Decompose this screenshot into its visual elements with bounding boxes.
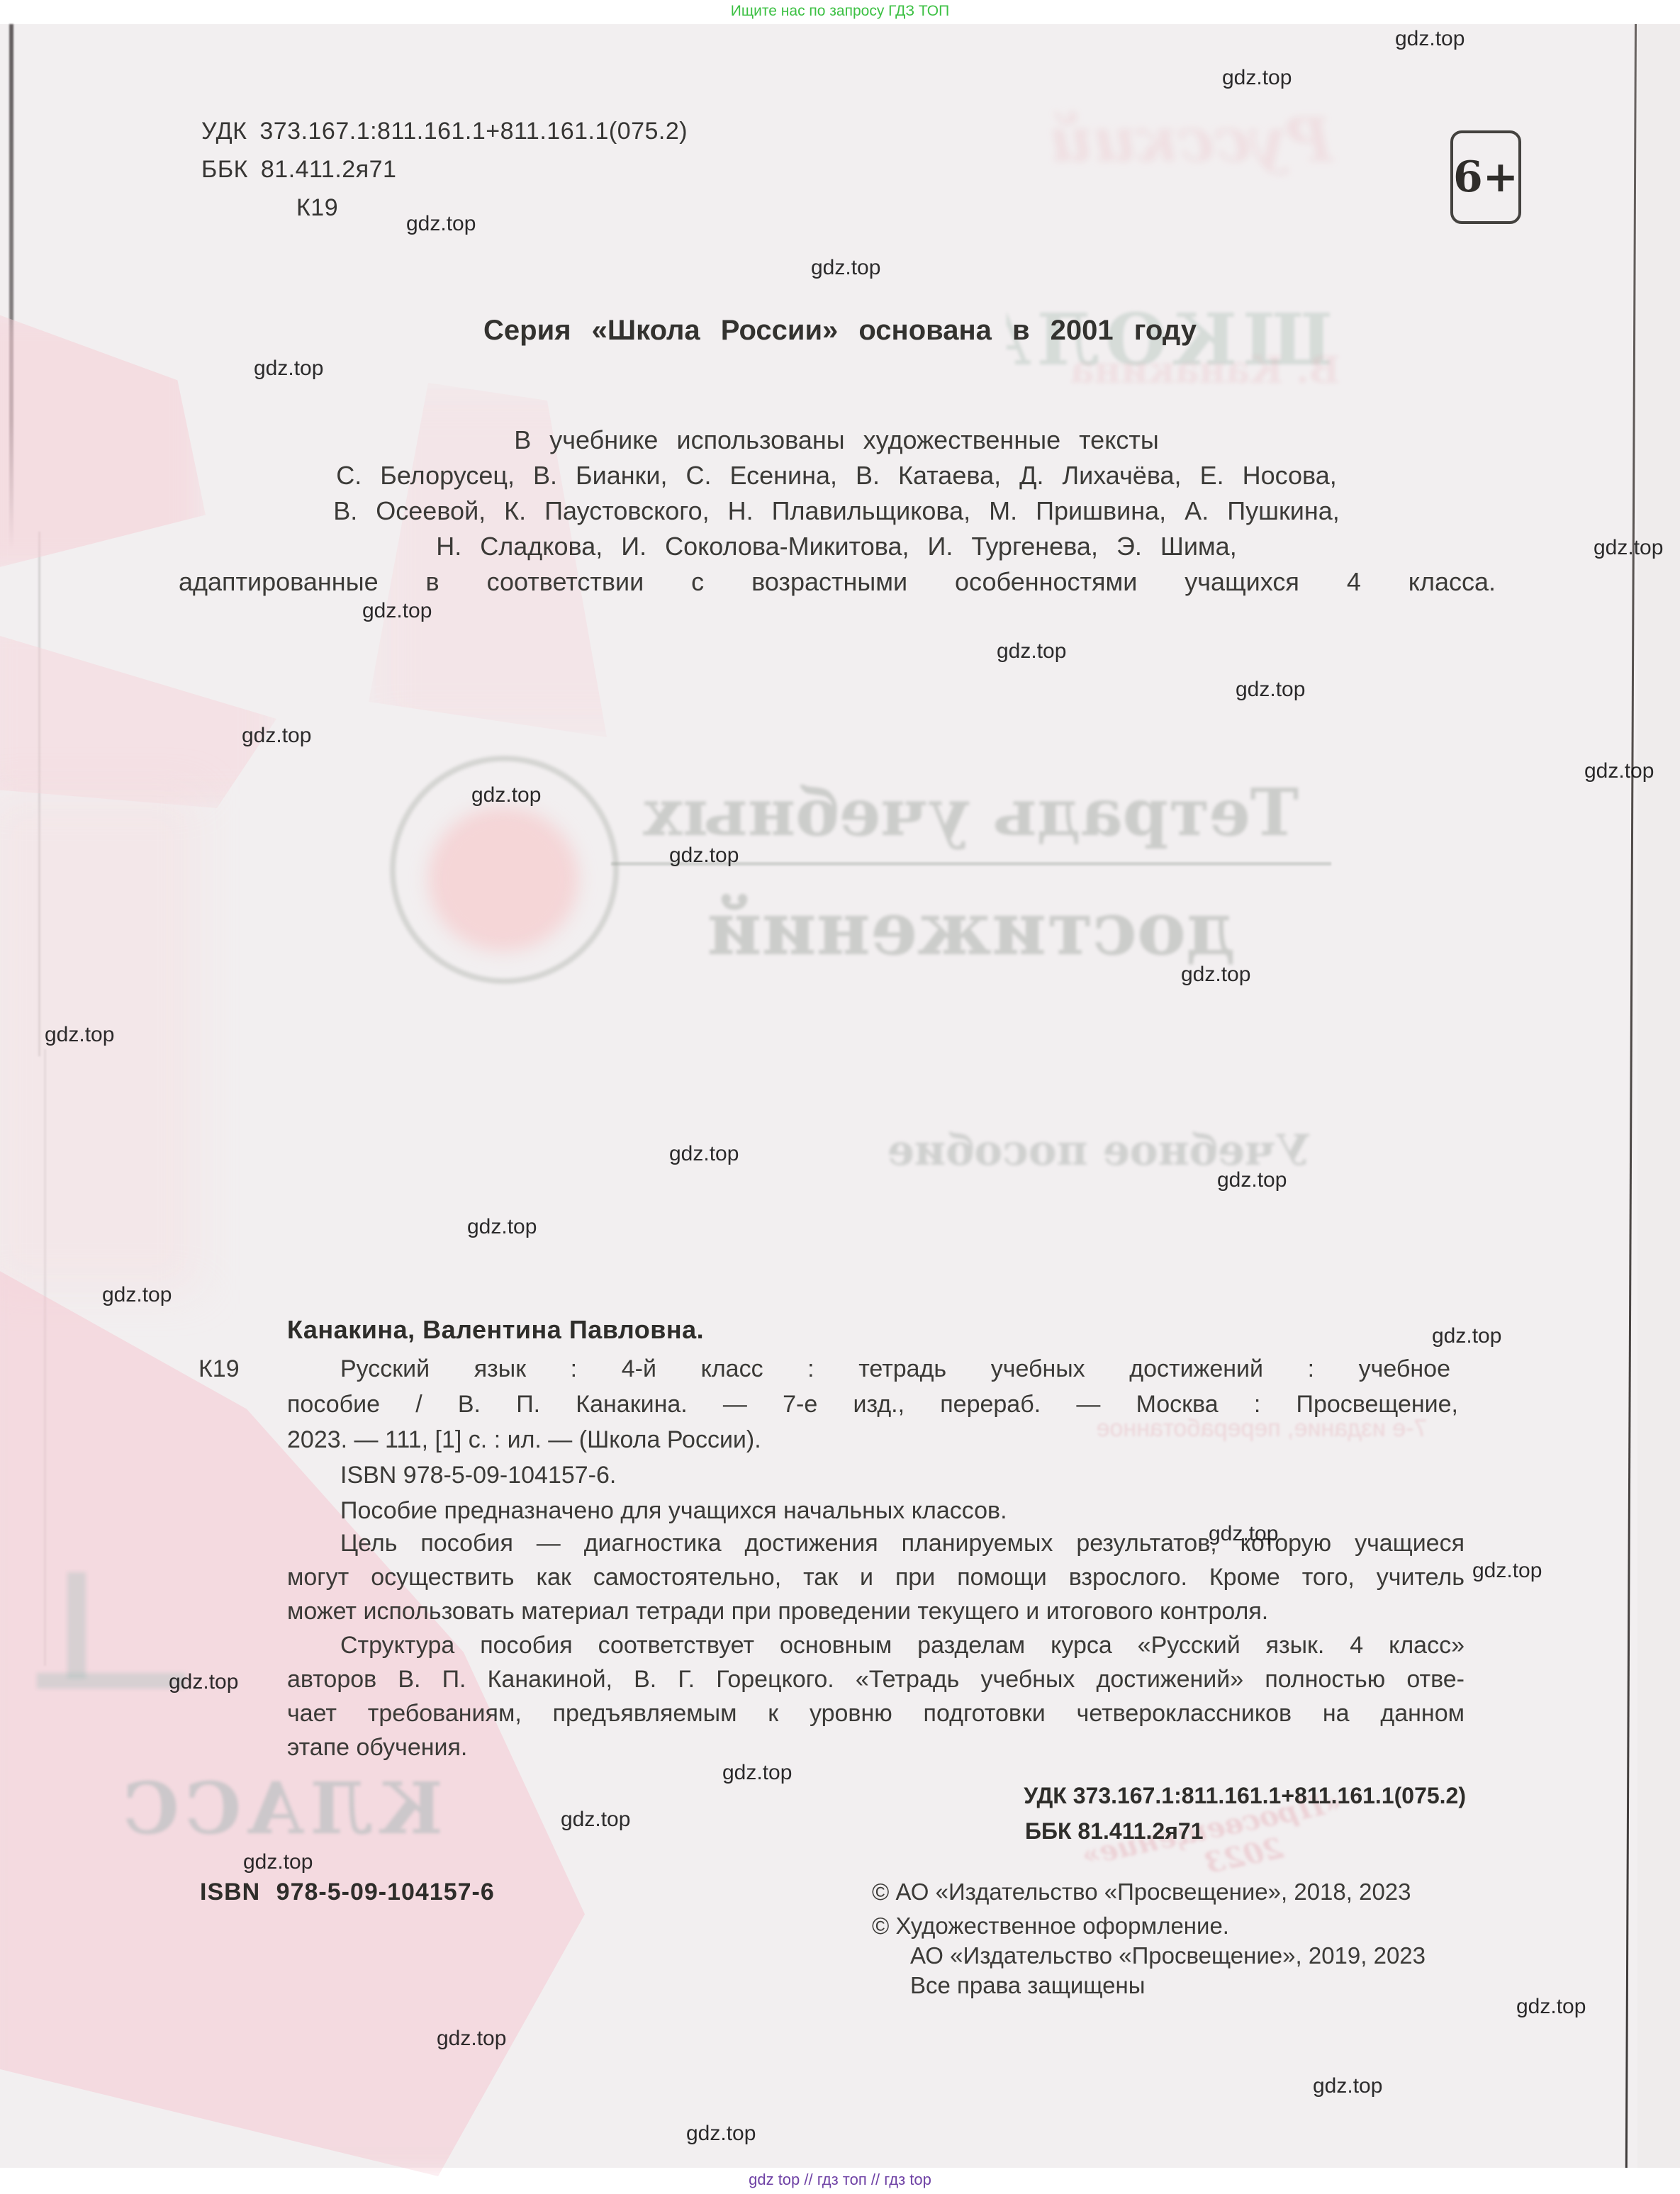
annotation-line: авторов В. П. Канакиной, В. Г. Горецкого… <box>287 1666 1465 1694</box>
bbk-code-bottom: ББК 81.411.2я71 <box>1025 1818 1203 1845</box>
gdz-watermark: gdz.top <box>669 1142 739 1166</box>
left-page-edge <box>9 24 13 549</box>
gdz-watermark: gdz.top <box>437 2027 506 2051</box>
showthrough-edition-note: 7-е издание, переработанное <box>1063 1415 1460 1443</box>
site-footer-text: gdz top // гдз топ // гдз top <box>0 2171 1680 2189</box>
gdz-watermark: gdz.top <box>243 1850 313 1874</box>
annotation-line: может использовать материал тетради при … <box>287 1598 1268 1625</box>
annotation-line: Пособие предназначено для учащихся начал… <box>340 1497 1007 1525</box>
gdz-watermark: gdz.top <box>1222 66 1292 90</box>
showthrough-digit-4-stroke <box>67 1572 86 1679</box>
binding-crease <box>38 532 40 1056</box>
gdz-watermark: gdz.top <box>1432 1324 1501 1348</box>
annotation-line: Цель пособия — диагностика достижения пл… <box>340 1530 1465 1557</box>
credits-line: Н. Сладкова, И. Соколова-Микитова, И. Ту… <box>177 532 1496 561</box>
copyright-line: © АО «Издательство «Просвещение», 2018, … <box>872 1879 1411 1905</box>
showthrough-subtitle-line2: достижений <box>617 885 1326 972</box>
gdz-watermark: gdz.top <box>1209 1522 1278 1546</box>
gdz-watermark: gdz.top <box>1236 678 1305 702</box>
gdz-watermark: gdz.top <box>406 212 476 236</box>
gdz-watermark: gdz.top <box>471 783 541 807</box>
credits-line: адаптированные в соответствии с возрастн… <box>179 567 1496 597</box>
author-sign-top: К19 <box>296 194 338 222</box>
gdz-watermark: gdz.top <box>997 639 1066 664</box>
bbk-code-top: ББК 81.411.2я71 <box>201 156 396 184</box>
udk-code-top: УДК 373.167.1:811.161.1+811.161.1(075.2) <box>201 118 688 145</box>
author-sign: К19 <box>198 1355 240 1383</box>
gdz-watermark: gdz.top <box>1313 2074 1382 2098</box>
showthrough-author: В. Канакина <box>1035 349 1375 392</box>
gdz-watermark: gdz.top <box>1395 27 1465 51</box>
showthrough-subtitle-line1: Тетрадь учебных <box>617 774 1326 851</box>
gdz-watermark: gdz.top <box>686 2122 756 2146</box>
copyright-line: АО «Издательство «Просвещение», 2019, 20… <box>910 1942 1426 1969</box>
gdz-watermark: gdz.top <box>254 357 323 381</box>
gdz-watermark: gdz.top <box>169 1670 238 1694</box>
showthrough-class-word: КЛАСС <box>74 1767 486 1850</box>
gdz-watermark: gdz.top <box>1472 1559 1542 1583</box>
gdz-watermark: gdz.top <box>811 256 880 280</box>
credits-line: С. Белорусец, В. Бианки, С. Есенина, В. … <box>177 461 1496 491</box>
copyright-line: © Художественное оформление. <box>872 1913 1229 1940</box>
bib-line: 2023. — 111, [1] с. : ил. — (Школа Росси… <box>287 1426 761 1454</box>
copyright-line: Все права защищены <box>910 1972 1145 1999</box>
gdz-watermark: gdz.top <box>362 599 432 623</box>
next-page-edge <box>1637 24 1680 2168</box>
annotation-line: Структура пособия соответствует основным… <box>340 1632 1465 1660</box>
gdz-watermark: gdz.top <box>1181 963 1250 987</box>
annotation-line: могут осуществить как самостоятельно, та… <box>287 1564 1465 1591</box>
gdz-watermark: gdz.top <box>669 844 739 868</box>
age-rating-label: 6+ <box>1453 152 1518 202</box>
binding-crease <box>44 1049 46 1666</box>
credits-line: В. Осеевой, К. Паустовского, Н. Плавильщ… <box>177 496 1496 526</box>
scanned-book-imprint-page: Русский ШКОЛА Р В. Канакина Тетрадь учеб… <box>0 0 1680 2194</box>
bib-line: пособие / В. П. Канакина. — 7-е изд., пе… <box>287 1391 1458 1418</box>
gdz-watermark: gdz.top <box>45 1023 114 1047</box>
udk-code-bottom: УДК 373.167.1:811.161.1+811.161.1(075.2) <box>872 1783 1466 1809</box>
gdz-watermark: gdz.top <box>561 1808 630 1832</box>
annotation-line: этапе обучения. <box>287 1734 467 1762</box>
showthrough-cover-title: Русский <box>992 105 1389 176</box>
annotation-line: чает требованиям, предъявляемым к уровню… <box>287 1700 1465 1728</box>
gdz-watermark: gdz.top <box>242 724 311 748</box>
isbn-line: ISBN 978-5-09-104157-6. <box>340 1462 616 1489</box>
site-banner-text: Ищите нас по запросу ГДЗ ТОП <box>0 3 1680 20</box>
gdz-watermark: gdz.top <box>1584 759 1654 783</box>
catalog-author: Канакина, Валентина Павловна. <box>287 1315 704 1345</box>
series-line: Серия «Школа России» основана в 2001 год… <box>358 315 1322 347</box>
gdz-watermark: gdz.top <box>102 1283 172 1307</box>
credits-line: В учебнике использованы художественные т… <box>177 425 1496 455</box>
gdz-watermark: gdz.top <box>1594 536 1663 560</box>
showthrough-digit-4-stroke <box>37 1673 186 1689</box>
isbn-bottom: ISBN 978-5-09-104157-6 <box>200 1879 495 1906</box>
gdz-watermark: gdz.top <box>1516 1995 1586 2019</box>
gdz-watermark: gdz.top <box>1217 1168 1287 1192</box>
age-rating-badge: 6+ <box>1450 130 1521 224</box>
gdz-watermark: gdz.top <box>467 1215 537 1239</box>
bib-line: Русский язык : 4-й класс : тетрадь учебн… <box>340 1355 1450 1383</box>
showthrough-logo-blob <box>428 807 578 951</box>
gdz-watermark: gdz.top <box>722 1761 792 1785</box>
